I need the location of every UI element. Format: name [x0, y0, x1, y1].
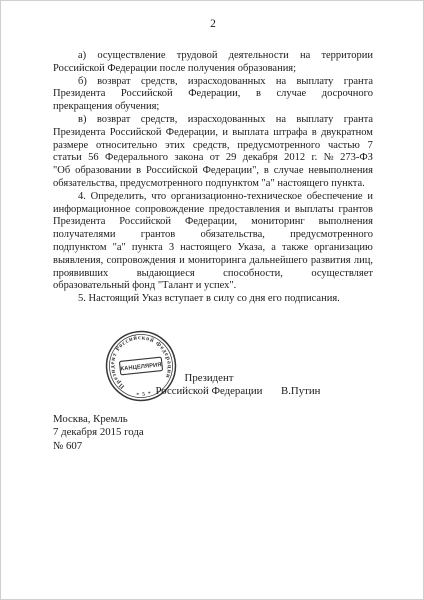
- body-line: Российской Федерации после получения обр…: [53, 63, 373, 76]
- issue-place: Москва, Кремль: [53, 413, 144, 426]
- signer-title: Президент Российской Федерации: [154, 372, 264, 398]
- body-line: подпунктом"а"пункта3настоящегоУказа,атак…: [53, 242, 373, 255]
- signer-name: В.Путин: [281, 385, 320, 397]
- body-line: информационноесопровождениепредоставлени…: [53, 204, 373, 217]
- body-line: проявившихвыдающиесяспособности,осуществ…: [53, 268, 373, 281]
- body-line: получателямигрантовобязательства,предусм…: [53, 229, 373, 242]
- issue-date: 7 декабря 2015 года: [53, 426, 144, 439]
- stamp-number: * 5 *: [136, 391, 152, 399]
- body-line: "ОбобразованиивРоссийскойФедерации",вслу…: [53, 165, 373, 178]
- page-number: 2: [53, 18, 373, 30]
- document-page: 2 а)осуществлениетрудовойдеятельностинат…: [0, 0, 424, 600]
- body-line: обязательства, предусмотренного подпункт…: [53, 178, 373, 191]
- body-line: б)возвратсредств,израсходованныхнавыплат…: [53, 76, 373, 89]
- body-line: прекращения обучения;: [53, 101, 373, 114]
- body-line: ПрезидентаРоссийскойФедерации,вслучаедос…: [53, 88, 373, 101]
- body-line: ПрезидентаРоссийскойФедерации,мониторинг…: [53, 216, 373, 229]
- issuance-block: Москва, Кремль 7 декабря 2015 года № 607: [53, 413, 144, 453]
- body-line: выявления,сопровожденияимониторингадальн…: [53, 255, 373, 268]
- signer-title-line1: Президент: [154, 372, 264, 385]
- decree-body-text: а)осуществлениетрудовойдеятельностинатер…: [53, 50, 373, 306]
- body-line: ПрезидентаРоссийскойФедерации,ивыплаташт…: [53, 127, 373, 140]
- body-line: образовательный фонд "Талант и успех".: [53, 280, 373, 293]
- body-line: 4.Определить,чтоорганизационно-техническ…: [53, 191, 373, 204]
- body-line: в)возвратсредств,израсходованныхнавыплат…: [53, 114, 373, 127]
- body-line: а)осуществлениетрудовойдеятельностинатер…: [53, 50, 373, 63]
- signer-title-line2: Российской Федерации: [154, 385, 264, 398]
- signature-block: Президент Российской Федерации В.Путин: [154, 372, 344, 400]
- body-line: размереотносительноэтихсредств,предусмот…: [53, 140, 373, 153]
- decree-number: № 607: [53, 440, 144, 453]
- body-line: 5. Настоящий Указ вступает в силу со дня…: [53, 293, 373, 306]
- body-line: статьи56Федеральногозаконаот29декабря201…: [53, 152, 373, 165]
